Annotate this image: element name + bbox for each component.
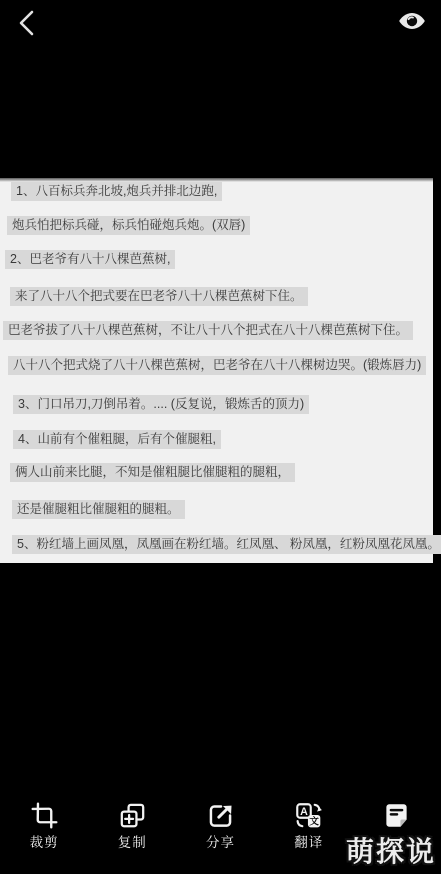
crop-label: 裁剪 <box>30 835 59 851</box>
tongue-twister-line: 1、八百标兵奔北坡,炮兵并排北边跑, <box>11 182 222 201</box>
tongue-twister-line: 4、山前有个催粗腿，后有个催腿粗, <box>13 430 221 449</box>
share-icon <box>207 802 234 829</box>
top-bar <box>0 0 441 48</box>
svg-text:A: A <box>300 806 308 818</box>
share-button[interactable]: 分享 <box>176 798 264 851</box>
notes-icon <box>383 802 410 829</box>
crop-icon <box>31 802 58 829</box>
copy-icon <box>119 802 146 829</box>
tongue-twister-line: 还是催腿粗比催腿粗的腿粗。 <box>12 500 185 519</box>
tongue-twister-line: 5、粉红墙上画凤凰，凤凰画在粉红墙。红凤凰、 粉凤凰，红粉凤凰花凤凰。 <box>12 535 441 554</box>
crop-button[interactable]: 裁剪 <box>0 798 88 851</box>
svg-text:文: 文 <box>310 816 320 828</box>
tongue-twister-line: 巴老爷拔了八十八棵芭蕉树，不让八十八个把式在八十八棵芭蕉树下住。 <box>3 321 413 340</box>
back-button[interactable] <box>10 8 44 42</box>
watermark-text: 萌探说 <box>346 830 436 870</box>
copy-label: 复制 <box>118 835 147 851</box>
eye-icon <box>397 10 427 37</box>
photo-document[interactable]: 1、八百标兵奔北坡,炮兵并排北边跑, 炮兵怕把标兵碰，标兵怕碰炮兵炮。(双唇) … <box>0 178 433 563</box>
tongue-twister-line: 2、巴老爷有八十八棵芭蕉树, <box>5 250 175 269</box>
tongue-twister-line: 俩人山前来比腿，不知是催粗腿比催腿粗的腿粗， <box>10 463 295 482</box>
translate-label: 翻译 <box>294 835 323 851</box>
tongue-twister-line: 来了八十八个把式要在巴老爷八十八棵芭蕉树下住。 <box>10 287 308 306</box>
tongue-twister-line: 3、门口吊刀,刀倒吊着。.... (反复说，锻炼舌的顶力) <box>13 395 309 414</box>
share-label: 分享 <box>206 835 235 851</box>
tongue-twister-line: 炮兵怕把标兵碰，标兵怕碰炮兵炮。(双唇) <box>7 216 250 235</box>
translate-button[interactable]: A 文 翻译 <box>265 798 353 851</box>
chevron-left-icon <box>16 9 38 42</box>
eye-visibility-button[interactable] <box>395 10 429 36</box>
copy-button[interactable]: 复制 <box>88 798 176 851</box>
tongue-twister-line: 八十八个把式烧了八十八棵芭蕉树，巴老爷在八十八棵树边哭。(锻炼唇力) <box>8 356 426 375</box>
translate-icon: A 文 <box>295 802 322 829</box>
